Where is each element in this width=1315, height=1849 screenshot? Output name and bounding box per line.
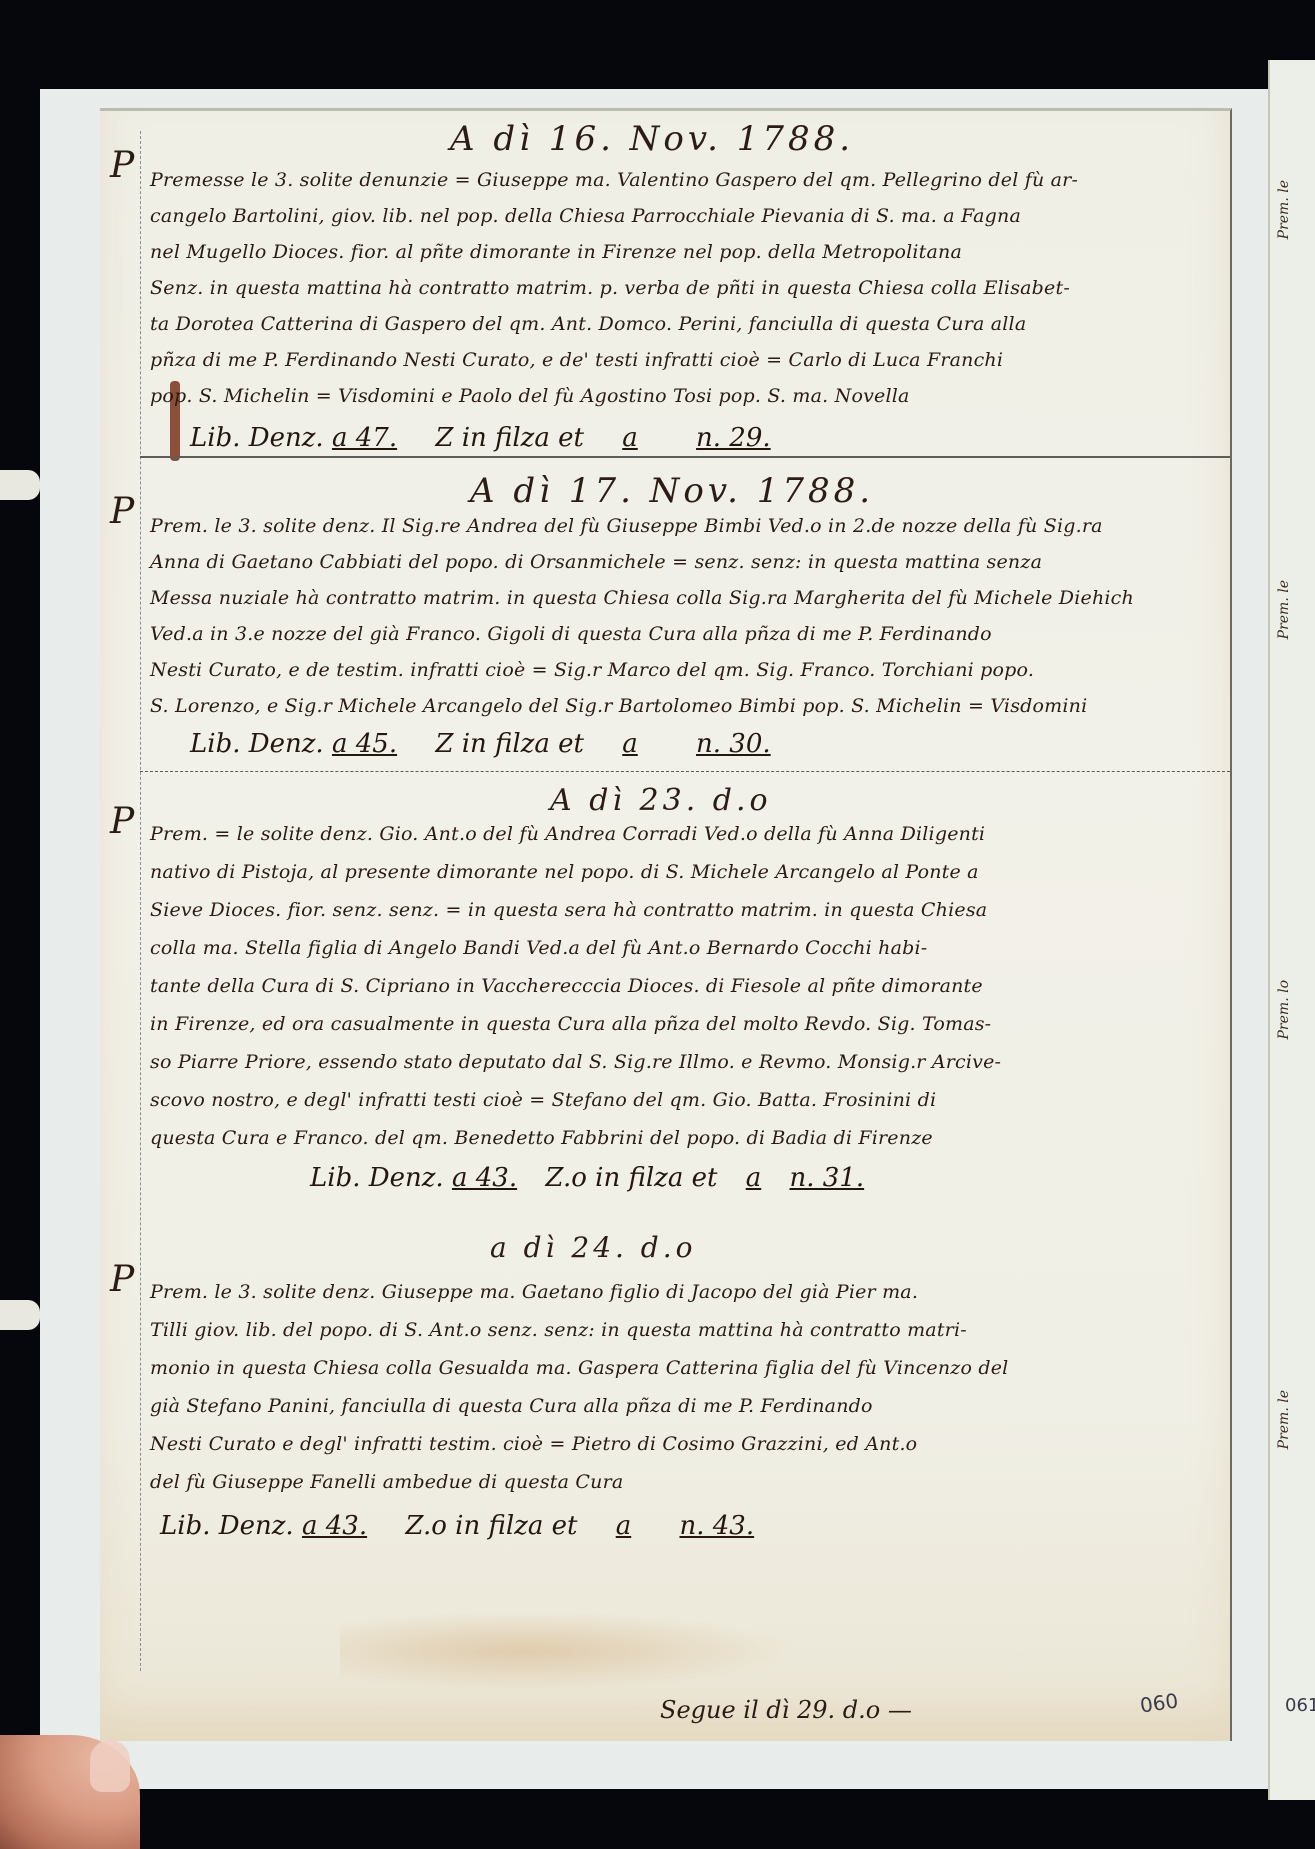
entry-line: S. Lorenzo, e Sig.r Michele Arcangelo de… — [150, 695, 1087, 717]
reference-page: a 47. — [332, 423, 397, 453]
reference-prefix: Lib. Denz. — [310, 1163, 444, 1193]
entry-initial: P — [110, 1259, 134, 1300]
entry-line: Premesse le 3. solite denunzie = Giusepp… — [150, 169, 1078, 191]
adjacent-page-fragment: Prem. lo — [1276, 980, 1292, 1039]
reference-middle: Z.o in filza et — [405, 1511, 577, 1541]
entry-date-header: A dì 17. Nov. 1788. — [470, 471, 874, 511]
reference-middle: Z.o in filza et — [545, 1163, 717, 1193]
filza-reference: Lib. Denz. a 45. Z in filza et a n. 30. — [190, 729, 771, 759]
reference-folio: n. 31. — [789, 1163, 864, 1193]
reference-middle: Z in filza et — [435, 423, 584, 453]
adjacent-page-fragment: Prem. le — [1276, 1390, 1292, 1449]
entry-line: Nesti Curato, e de testim. infratti cioè… — [150, 659, 1034, 681]
entry-line: monio in questa Chiesa colla Gesualda ma… — [150, 1357, 1008, 1379]
entry-line: Prem. = le solite denz. Gio. Ant.o del f… — [150, 823, 985, 845]
reference-prefix: Lib. Denz. — [190, 729, 324, 759]
section-divider — [140, 456, 1230, 458]
entry-line: Nesti Curato e degl' infratti testim. ci… — [150, 1433, 917, 1455]
next-folio-number: 061 — [1285, 1695, 1315, 1716]
reference-page: a 43. — [452, 1163, 517, 1193]
entry-line: nativo di Pistoja, al presente dimorante… — [150, 861, 979, 883]
reference-folio-prefix: a — [616, 1511, 632, 1541]
entry-line: Senz. in questa mattina hà contratto mat… — [150, 277, 1070, 299]
entry-line: questa Cura e Franco. del qm. Benedetto … — [150, 1127, 933, 1149]
entry-date-header: A dì 16. Nov. 1788. — [450, 119, 854, 159]
entry-line: pñza di me P. Ferdinando Nesti Curato, e… — [150, 349, 1003, 371]
entry-line: pop. S. Michelin = Visdomini e Paolo del… — [150, 385, 910, 407]
reference-folio-prefix: a — [622, 729, 638, 759]
binding-tab — [0, 470, 40, 500]
reference-middle: Z in filza et — [435, 729, 584, 759]
entry-line: so Piarre Priore, essendo stato deputato… — [150, 1051, 1001, 1073]
entry-line: Tilli giov. lib. del popo. di S. Ant.o s… — [150, 1319, 967, 1341]
entry-date-header: A dì 23. d.o — [550, 783, 772, 818]
reference-page: a 43. — [302, 1511, 367, 1541]
adjacent-page-fragment: Prem. le — [1276, 180, 1292, 239]
folio-number: 060 — [1139, 1688, 1180, 1717]
entry-line: già Stefano Panini, fanciulla di questa … — [150, 1395, 873, 1417]
binding-tab — [0, 1300, 40, 1330]
reference-folio: n. 43. — [679, 1511, 754, 1541]
water-stain — [340, 1611, 800, 1691]
filza-reference: Lib. Denz. a 43. Z.o in filza et a n. 43… — [160, 1511, 754, 1541]
entry-line: Ved.a in 3.e nozze del già Franco. Gigol… — [150, 623, 992, 645]
entry-line: Prem. le 3. solite denz. Giuseppe ma. Ga… — [150, 1281, 918, 1303]
reference-prefix: Lib. Denz. — [190, 423, 324, 453]
filza-reference: Lib. Denz. a 43. Z.o in filza et a n. 31… — [310, 1163, 864, 1193]
entry-line: Prem. le 3. solite denz. Il Sig.re Andre… — [150, 515, 1103, 537]
adjacent-page: Prem. le Prem. le Prem. lo Prem. le — [1268, 60, 1315, 1800]
reference-folio: n. 30. — [696, 729, 771, 759]
entry-line: cangelo Bartolini, giov. lib. nel pop. d… — [150, 205, 1021, 227]
entry-initial: P — [110, 491, 134, 532]
entry-line: Messa nuziale hà contratto matrim. in qu… — [150, 587, 1134, 609]
entry-line: in Firenze, ed ora casualmente in questa… — [150, 1013, 991, 1035]
entry-line: Sieve Dioces. fior. senz. senz. = in que… — [150, 899, 987, 921]
reference-folio-prefix: a — [746, 1163, 762, 1193]
manuscript-page: A dì 16. Nov. 1788. P Premesse le 3. sol… — [100, 108, 1232, 1741]
entry-initial: P — [110, 801, 134, 842]
entry-line: scovo nostro, e degl' infratti testi cio… — [150, 1089, 936, 1111]
entry-date-header: a dì 24. d.o — [490, 1231, 696, 1264]
reference-page: a 45. — [332, 729, 397, 759]
entry-line: del fù Giuseppe Fanelli ambedue di quest… — [150, 1471, 623, 1493]
reference-folio: n. 29. — [696, 423, 771, 453]
entry-initial: P — [110, 145, 134, 186]
section-divider — [140, 771, 1230, 772]
entry-line: ta Dorotea Catterina di Gaspero del qm. … — [150, 313, 1026, 335]
entry-line: Anna di Gaetano Cabbiati del popo. di Or… — [150, 551, 1042, 573]
entry-line: colla ma. Stella figlia di Angelo Bandi … — [150, 937, 927, 959]
adjacent-page-fragment: Prem. le — [1276, 580, 1292, 639]
reference-prefix: Lib. Denz. — [160, 1511, 294, 1541]
margin-rule — [140, 131, 141, 1671]
entry-line: tante della Cura di S. Cipriano in Vacch… — [150, 975, 983, 997]
filza-reference: Lib. Denz. a 47. Z in filza et a n. 29. — [190, 423, 771, 453]
continuation-note: Segue il dì 29. d.o — — [660, 1696, 912, 1724]
entry-line: nel Mugello Dioces. fior. al pñte dimora… — [150, 241, 962, 263]
thumbnail — [90, 1740, 130, 1792]
reference-folio-prefix: a — [622, 423, 638, 453]
